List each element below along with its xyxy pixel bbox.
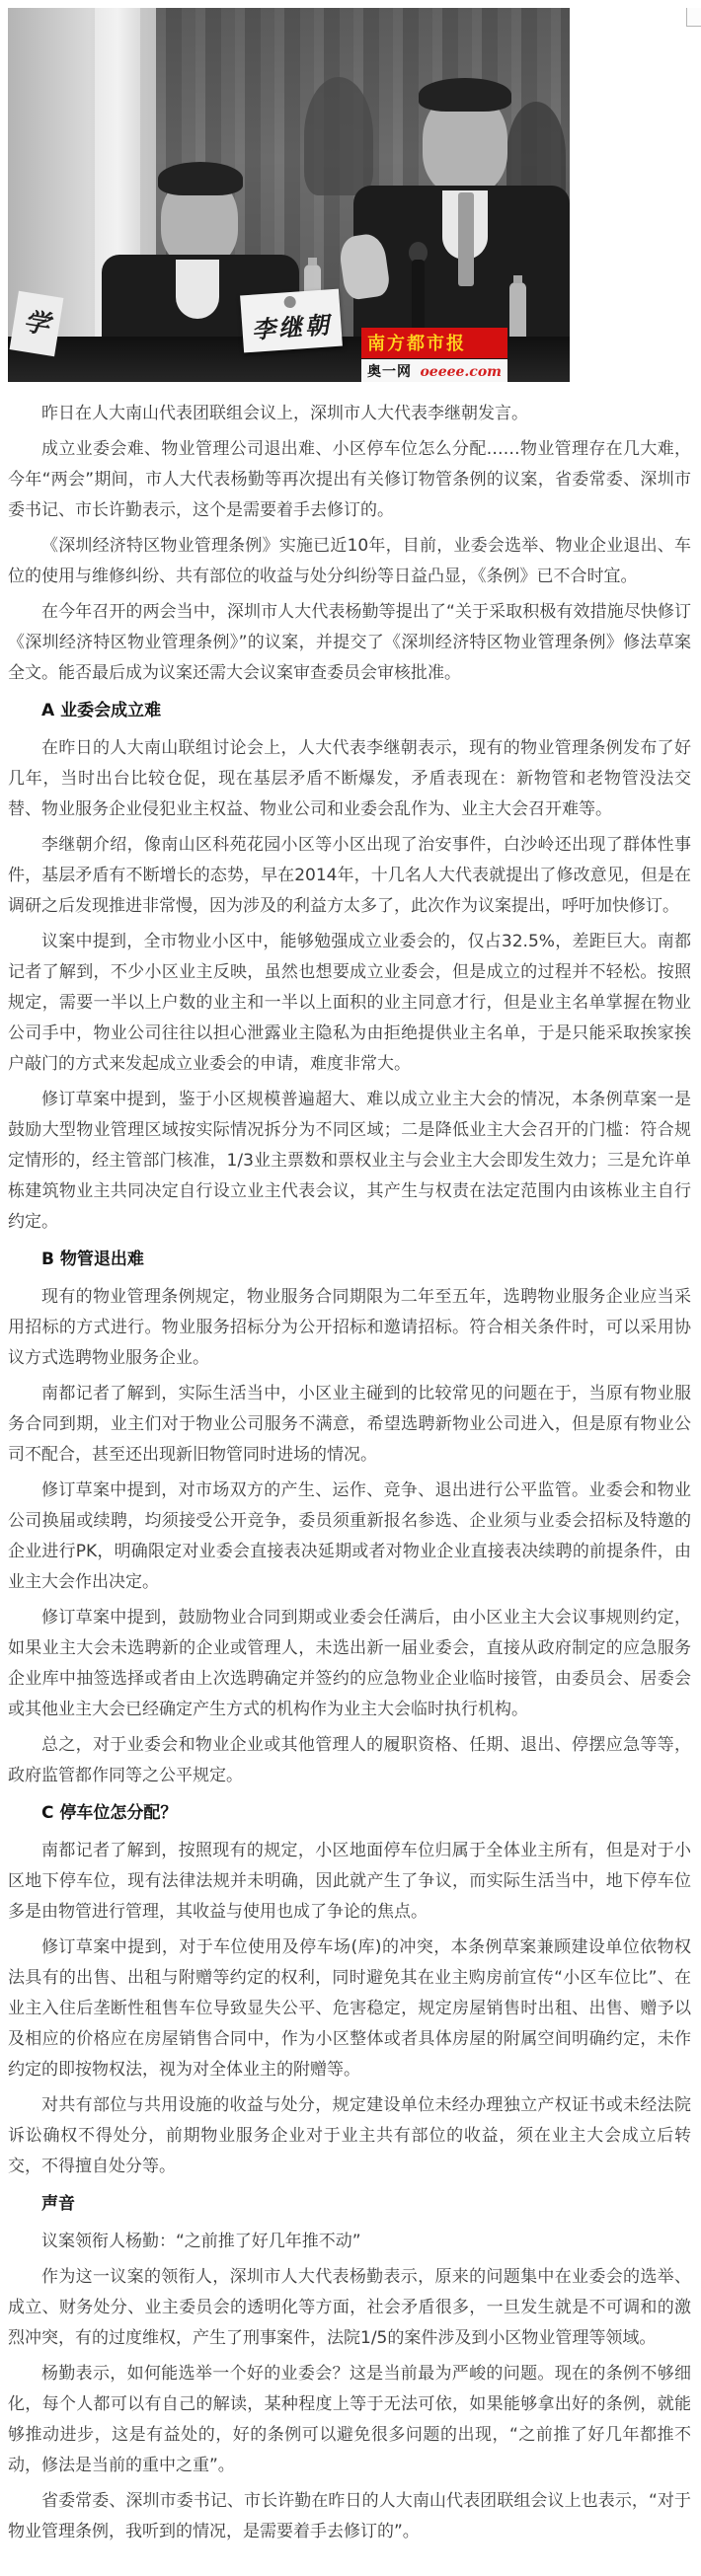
- paragraph: 议案中提到，全市物业小区中，能够勉强成立业委会的，仅占32.5%，差距巨大。南都…: [8, 927, 691, 1080]
- paragraph: 修订草案中提到，对市场双方的产生、运作、竞争、退出进行公平监管。业委会和物业公司…: [8, 1476, 691, 1598]
- section-heading: B 物管退出难: [8, 1245, 691, 1275]
- watermark-site-domain: oeeee.com: [420, 364, 502, 380]
- watermark-brand: 南方都市报: [361, 328, 507, 358]
- article-photo: 学 李继朝 南方都市报 奥一网 oeeee.com: [8, 8, 570, 382]
- paragraph: 作为这一议案的领衔人，深圳市人大代表杨勤表示，原来的问题集中在业委会的选举、成立…: [8, 2262, 691, 2354]
- section-heading: 声音: [8, 2189, 691, 2220]
- paragraph: 省委常委、深圳市委书记、市长许勤在昨日的人大南山代表团联组会议上也表示，“对于物…: [8, 2486, 691, 2547]
- paragraph: 对共有部位与共用设施的收益与处分，规定建设单位未经办理独立产权证书或未经法院诉讼…: [8, 2090, 691, 2182]
- paragraph: 修订草案中提到，鼓励物业合同到期或业委会任满后，由小区业主大会议事规则约定，如果…: [8, 1603, 691, 1725]
- photo-caption: 昨日在人大南山代表团联组会议上，深圳市人大代表李继朝发言。: [8, 399, 691, 429]
- paragraph: 成立业委会难、物业管理公司退出难、小区停车位怎么分配……物业管理存在几大难，今年…: [8, 434, 691, 526]
- name-tag: 李继朝: [240, 289, 343, 353]
- paragraph: 修订草案中提到，鉴于小区规模普遍超大、难以成立业主大会的情况，本条例草案一是鼓励…: [8, 1085, 691, 1238]
- person-right: [334, 62, 570, 339]
- water-bottle: [509, 282, 526, 340]
- name-tag-partial: 学: [10, 291, 64, 356]
- paragraph: 《深圳经济特区物业管理条例》实施已近10年，目前，业委会选举、物业企业退出、车位…: [8, 531, 691, 592]
- paragraph: 总之，对于业委会和物业企业或其他管理人的履职资格、任期、退出、停摆应急等等，政府…: [8, 1730, 691, 1791]
- paragraph: 在昨日的人大南山联组讨论会上，人大代表李继朝表示，现有的物业管理条例发布了好几年…: [8, 733, 691, 825]
- paragraph: 李继朝介绍，像南山区科苑花园小区等小区出现了治安事件，白沙岭还出现了群体性事件，…: [8, 830, 691, 922]
- emblem-icon: [283, 296, 296, 309]
- paragraph: 现有的物业管理条例规定，物业服务合同期限为二年至五年，选聘物业服务企业应当采用招…: [8, 1282, 691, 1374]
- scrollbar-corner[interactable]: [686, 8, 701, 27]
- paragraph: 南都记者了解到，实际生活当中，小区业主碰到的比较常见的问题在于，当原有物业服务合…: [8, 1379, 691, 1471]
- section-heading: C 停车位怎分配？: [8, 1798, 691, 1829]
- paragraph: 议案领衔人杨勤：“之前推了好几年推不动”: [8, 2227, 691, 2257]
- article-body: 昨日在人大南山代表团联组会议上，深圳市人大代表李继朝发言。成立业委会难、物业管理…: [0, 386, 701, 2576]
- watermark: 南方都市报 奥一网 oeeee.com: [361, 328, 507, 382]
- paragraph: 南都记者了解到，按照现有的规定，小区地面停车位归属于全体业主所有，但是对于小区地…: [8, 1836, 691, 1928]
- watermark-site-name: 奥一网: [367, 364, 412, 380]
- name-tag-text: 李继朝: [251, 310, 333, 344]
- paragraph: 修订草案中提到，对于车位使用及停车场(库)的冲突，本条例草案兼顾建设单位依物权法…: [8, 1932, 691, 2085]
- section-heading: A 业委会成立难: [8, 696, 691, 726]
- paragraph: 杨勤表示，如何能选举一个好的业委会？这是当前最为严峻的问题。现在的条例不够细化，…: [8, 2359, 691, 2481]
- watermark-site: 奥一网 oeeee.com: [361, 359, 507, 382]
- paragraph: 在今年召开的两会当中，深圳市人大代表杨勤等提出了“关于采取积极有效措施尽快修订《…: [8, 597, 691, 689]
